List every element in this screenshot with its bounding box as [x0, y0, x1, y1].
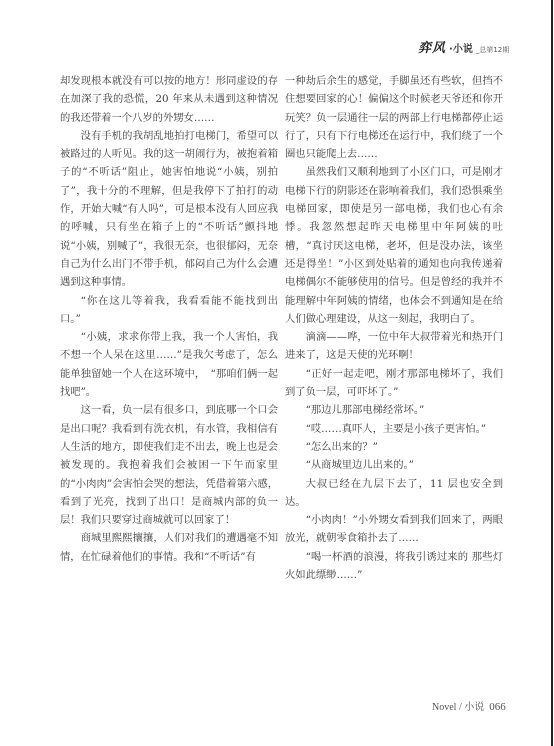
- paragraph: 滴滴——哗，一位中年大叔带着光和热开门进来了，这是天使的光环啊！: [285, 328, 503, 365]
- magazine-page: 弈风 ·小说 _总第12期 却发现根本就没有可以按的地方！形同虚设的存在加深了我…: [0, 0, 554, 746]
- section-label: ·小说: [449, 40, 473, 55]
- left-column: 却发现根本就没有可以按的地方！形同虚设的存在加深了我的恐慌，20 年来从未遇到这…: [60, 72, 278, 566]
- page-footer: Novel / 小说066: [432, 698, 506, 713]
- paragraph: 一种劫后余生的感觉，手脚虽还有些软，但挡不住想要回家的心！偏偏这个时候老天爷还和…: [285, 72, 503, 163]
- paragraph: 商城里熙熙攘攘，人们对我们的遭遇毫不知情，在忙碌着他们的事情。我和“不听话”有: [60, 529, 278, 566]
- running-header: 弈风 ·小说 _总第12期: [418, 37, 509, 56]
- issue-number: _总第12期: [476, 45, 509, 55]
- paragraph: “正好一起走吧，刚才那部电梯坏了，我们到了负一层，可吓坏了。”: [285, 365, 503, 402]
- page-number: 066: [489, 701, 506, 713]
- paragraph: 却发现根本就没有可以按的地方！形同虚设的存在加深了我的恐慌，20 年来从未遇到这…: [60, 72, 278, 127]
- paragraph: “小姨，求求你带上我，我一个人害怕，我不想一个人呆在这里……”是我欠考虑了，怎么…: [60, 328, 278, 401]
- paragraph: “喝一杯酒的浪漫，将我引诱过来的 那些灯火如此缥缈……”: [285, 548, 503, 585]
- magazine-logo: 弈风: [418, 37, 446, 56]
- paragraph: “怎么出来的？”: [285, 438, 503, 456]
- paragraph: “小肉肉！”小外甥女看到我们回来了，两眼放光，就朝零食箱扑去了……: [285, 511, 503, 548]
- paragraph: “那边儿那部电梯经常坏。”: [285, 401, 503, 419]
- paragraph: 虽然我们又顺利地到了小区门口，可是刚才电梯下行的阴影还在影响着我们，我们恐惧乘坐…: [285, 163, 503, 328]
- page-edge-rule: [551, 0, 553, 746]
- paragraph: 大叔已经在九层下去了，11 层也安全到达。: [285, 475, 503, 512]
- right-column: 一种劫后余生的感觉，手脚虽还有些软，但挡不住想要回家的心！偏偏这个时候老天爷还和…: [285, 72, 503, 584]
- footer-label: Novel / 小说: [432, 702, 484, 713]
- paragraph: “哎……真吓人，主要是小孩子更害怕。”: [285, 420, 503, 438]
- paragraph: 这一看，负一层有很多口，到底哪一个口会是出口呢？我看到有洗衣机，有水管，我相信有…: [60, 401, 278, 529]
- paragraph: “你在这儿等着我，我看看能不能找到出口。”: [60, 292, 278, 329]
- paragraph: “从商城里边儿出来的。”: [285, 456, 503, 474]
- paragraph: 没有手机的我胡乱地拍打电梯门，希望可以被路过的人听见。我的这一胡闹行为，被抱着箱…: [60, 127, 278, 292]
